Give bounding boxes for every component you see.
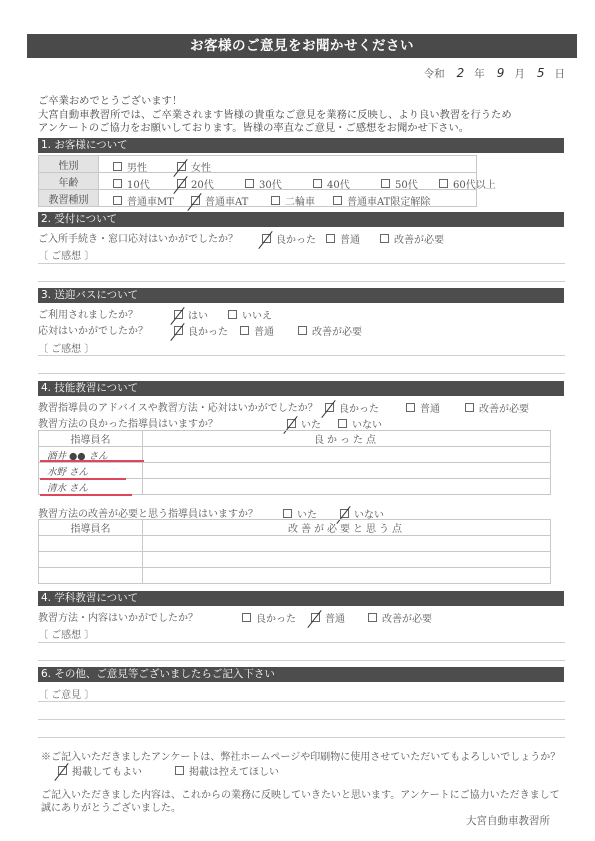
checkbox-icon — [333, 196, 342, 205]
signature: 大宮自動車教習所 — [466, 813, 550, 828]
intro-line: 大宮自動車教習所では、ご卒業されます皆様の貴重なご意見を業務に反映し、より良い教… — [38, 109, 573, 123]
checkbox-bus-yes[interactable]: はい — [174, 307, 208, 322]
checked-checkbox-icon — [58, 766, 67, 775]
checkbox-icon — [338, 419, 347, 428]
improve-points-cell[interactable] — [143, 536, 551, 552]
good-instructor-question: 教習方法の良かった指導員はいますか？ — [38, 415, 218, 430]
checkbox-icon — [439, 179, 448, 188]
table-row — [39, 552, 551, 568]
checkbox-at-limit-release[interactable]: 普通車AT限定解除 — [333, 193, 430, 208]
checkbox-icon — [271, 196, 280, 205]
checkbox-icon — [380, 234, 389, 243]
option-label: いいえ — [242, 307, 272, 322]
section-driving-header: 4. 技能教習について — [38, 381, 564, 396]
option-label: 良かった — [256, 610, 296, 625]
driving-instructor-question: 教習指導員のアドバイスや教習方法・応対はいかがでしたか？ — [38, 399, 318, 414]
checkbox-motorcycle[interactable]: 二輪車 — [271, 193, 315, 208]
option-label: 良かった — [188, 323, 228, 338]
checkbox-icon — [242, 613, 251, 622]
option-label: 改善が必要 — [382, 610, 432, 625]
red-underline — [40, 460, 144, 462]
bus-service-question: 応対はいかがでしたか？ — [38, 322, 148, 337]
option-label: 普通車AT限定解除 — [347, 193, 430, 208]
checkbox-publish-decline[interactable]: 掲載は控えてほしい — [175, 763, 279, 778]
age-label: 年齢 — [39, 173, 99, 190]
table-header-row: 指導員名 改善が必要と思う点 — [39, 520, 551, 536]
checkbox-reception-good[interactable]: 良かった — [262, 231, 316, 246]
option-label: 良かった — [339, 400, 379, 415]
column-header-improve-points: 改善が必要と思う点 — [143, 520, 551, 536]
classroom-question: 教習方法・内容はいかがでしたか？ — [38, 609, 198, 624]
reception-comment-line[interactable] — [38, 281, 565, 282]
good-points-cell[interactable] — [143, 479, 551, 495]
table-row-course: 教習種別 普通車MT 普通車AT 二輪車 普通車AT限定解除 — [39, 190, 477, 207]
improve-instructor-table: 指導員名 改善が必要と思う点 — [38, 519, 551, 584]
option-label: はい — [188, 307, 208, 322]
option-label: 良かった — [276, 231, 316, 246]
red-underline — [40, 494, 132, 496]
other-comment-line[interactable] — [38, 701, 565, 702]
good-points-cell[interactable] — [143, 447, 551, 463]
checked-checkbox-icon — [191, 196, 200, 205]
checked-checkbox-icon — [311, 613, 320, 622]
table-row-gender: 性別 男性 女性 — [39, 156, 477, 173]
instructor-name-cell[interactable] — [39, 536, 143, 552]
instructor-name-cell[interactable]: 清水 さん — [39, 479, 143, 495]
option-label: 改善が必要 — [312, 323, 362, 338]
table-row — [39, 536, 551, 552]
gender-options: 男性 女性 — [99, 156, 477, 173]
option-label: 普通 — [325, 610, 345, 625]
checkbox-at[interactable]: 普通車AT — [191, 193, 248, 208]
other-comment-label: 〔 ご意見 〕 — [38, 686, 94, 701]
option-label: 掲載は控えてほしい — [189, 763, 279, 778]
checkbox-good-instructor-yes[interactable]: いた — [287, 416, 321, 431]
checked-checkbox-icon — [340, 509, 349, 518]
table-row-age: 年齢 10代 20代 30代 40代 50代 60代以上 — [39, 173, 477, 190]
checkbox-mt[interactable]: 普通車MT — [113, 193, 174, 208]
section-bus-header: 3. 送迎バスについて — [38, 288, 564, 303]
table-row: 水野 さん — [39, 463, 551, 479]
checkbox-icon — [113, 179, 122, 188]
option-label: 二輪車 — [285, 193, 315, 208]
intro-line: ご卒業おめでとうございます！ — [38, 95, 573, 109]
checkbox-bus-no[interactable]: いいえ — [228, 307, 272, 322]
checkbox-bus-good[interactable]: 良かった — [174, 323, 228, 338]
option-label: 普通 — [340, 231, 360, 246]
checkbox-icon — [245, 179, 254, 188]
checkbox-icon — [113, 162, 122, 171]
section-other-header: 6. その他、ご意見等ございましたらご記入下さい — [38, 667, 564, 682]
column-header-instructor: 指導員名 — [39, 520, 143, 536]
checked-checkbox-icon — [287, 419, 296, 428]
option-label: 改善が必要 — [479, 400, 529, 415]
option-label: 普通 — [254, 323, 274, 338]
age-options: 10代 20代 30代 40代 50代 60代以上 — [99, 173, 477, 190]
course-options: 普通車MT 普通車AT 二輪車 普通車AT限定解除 — [99, 190, 477, 207]
date-era: 令和 — [424, 66, 445, 81]
form-title: お客様のご意見をお聞かせください — [27, 34, 577, 58]
instructor-name-cell[interactable] — [39, 568, 143, 584]
date-day-input[interactable]: 5 — [537, 66, 545, 80]
section-customer-header: 1. お客様について — [38, 138, 564, 153]
checkbox-reception-normal[interactable]: 普通 — [326, 231, 360, 246]
reception-comment-label: 〔 ご感想 〕 — [38, 247, 94, 262]
checked-checkbox-icon — [325, 403, 334, 412]
checkbox-driving-normal[interactable]: 普通 — [406, 400, 440, 415]
checkbox-icon — [240, 326, 249, 335]
section-reception-header: 2. 受付について — [38, 212, 564, 227]
table-header-row: 指導員名 良かった点 — [39, 431, 551, 447]
improve-instructor-question: 教習方法の改善が必要と思う指導員はいますか？ — [38, 505, 258, 520]
option-label: 普通車MT — [127, 193, 174, 208]
section-classroom-header: 4. 学科教習について — [38, 591, 564, 606]
checked-checkbox-icon — [177, 179, 186, 188]
option-label: いない — [352, 416, 382, 431]
checked-checkbox-icon — [177, 162, 186, 171]
table-row: 清水 さん — [39, 479, 551, 495]
checkbox-icon — [368, 613, 377, 622]
checked-checkbox-icon — [174, 326, 183, 335]
checkbox-icon — [381, 179, 390, 188]
red-underline — [40, 478, 126, 480]
intro-text: ご卒業おめでとうございます！ 大宮自動車教習所では、ご卒業されます皆様の貴重なご… — [38, 95, 573, 136]
checkbox-bus-improve[interactable]: 改善が必要 — [298, 323, 362, 338]
checkbox-icon — [113, 196, 122, 205]
date-field: 令和 2 年 9 月 5 日 — [424, 66, 565, 81]
date-year-unit: 年 — [474, 66, 485, 81]
option-label: 改善が必要 — [394, 231, 444, 246]
checkbox-good-instructor-no[interactable]: いない — [338, 416, 382, 431]
bus-comment-line[interactable] — [38, 373, 565, 374]
closing-line: 誠にありがとうございました。 — [41, 799, 181, 814]
course-label: 教習種別 — [39, 190, 99, 207]
date-year-input[interactable]: 2 — [457, 66, 465, 80]
bus-used-question: ご利用されましたか？ — [38, 306, 138, 321]
good-points-cell[interactable] — [143, 463, 551, 479]
checkbox-classroom-good[interactable]: 良かった — [242, 610, 296, 625]
gender-label: 性別 — [39, 156, 99, 173]
reception-question: ご入所手続き・窓口応対はいかがでしたか？ — [38, 230, 238, 245]
other-comment-line[interactable] — [38, 737, 565, 738]
date-month-input[interactable]: 9 — [497, 66, 505, 80]
checked-checkbox-icon — [174, 310, 183, 319]
classroom-comment-line[interactable] — [38, 642, 565, 643]
checkbox-classroom-normal[interactable]: 普通 — [311, 610, 345, 625]
instructor-name-cell[interactable]: 水野 さん — [39, 463, 143, 479]
checkbox-bus-normal[interactable]: 普通 — [240, 323, 274, 338]
checkbox-reception-improve[interactable]: 改善が必要 — [380, 231, 444, 246]
checkbox-icon — [175, 766, 184, 775]
checkbox-driving-good[interactable]: 良かった — [325, 400, 379, 415]
classroom-comment-label: 〔 ご感想 〕 — [38, 626, 94, 641]
other-comment-line[interactable] — [38, 719, 565, 720]
good-instructor-table: 指導員名 良かった点 酒井 ●● さん 水野 さん 清水 さん — [38, 430, 551, 495]
improve-points-cell[interactable] — [143, 552, 551, 568]
checked-checkbox-icon — [262, 234, 271, 243]
checkbox-driving-improve[interactable]: 改善が必要 — [465, 400, 529, 415]
checkbox-icon — [406, 403, 415, 412]
table-row — [39, 568, 551, 584]
option-label: 普通車AT — [205, 193, 248, 208]
option-label: いた — [301, 416, 321, 431]
column-header-instructor: 指導員名 — [39, 431, 143, 447]
improve-points-cell[interactable] — [143, 568, 551, 584]
checkbox-classroom-improve[interactable]: 改善が必要 — [368, 610, 432, 625]
classroom-comment-line[interactable] — [38, 660, 565, 661]
column-header-good-points: 良かった点 — [143, 431, 551, 447]
option-label: 掲載してもよい — [72, 763, 142, 778]
intro-line: アンケートのご協力をお願いしております。皆様の率直なご意見・ご感想をお聞かせ下さ… — [38, 122, 573, 136]
date-month-unit: 月 — [514, 66, 525, 81]
option-label: 普通 — [420, 400, 440, 415]
checkbox-icon — [465, 403, 474, 412]
checkbox-icon — [283, 509, 292, 518]
instructor-name-cell[interactable] — [39, 552, 143, 568]
date-day-unit: 日 — [555, 66, 566, 81]
checkbox-icon — [326, 234, 335, 243]
checkbox-icon — [228, 310, 237, 319]
reception-comment-line[interactable] — [38, 263, 565, 264]
checkbox-icon — [298, 326, 307, 335]
bus-comment-line[interactable] — [38, 355, 565, 356]
publish-consent-question: ※ご記入いただきましたアンケートは、弊社ホームページや印刷物に使用させていただい… — [41, 748, 560, 763]
checkbox-publish-ok[interactable]: 掲載してもよい — [58, 763, 142, 778]
customer-info-table: 性別 男性 女性 年齢 10代 20代 30代 40代 50代 60代以上 教習… — [38, 155, 477, 207]
bus-comment-label: 〔 ご感想 〕 — [38, 340, 94, 355]
checkbox-icon — [313, 179, 322, 188]
